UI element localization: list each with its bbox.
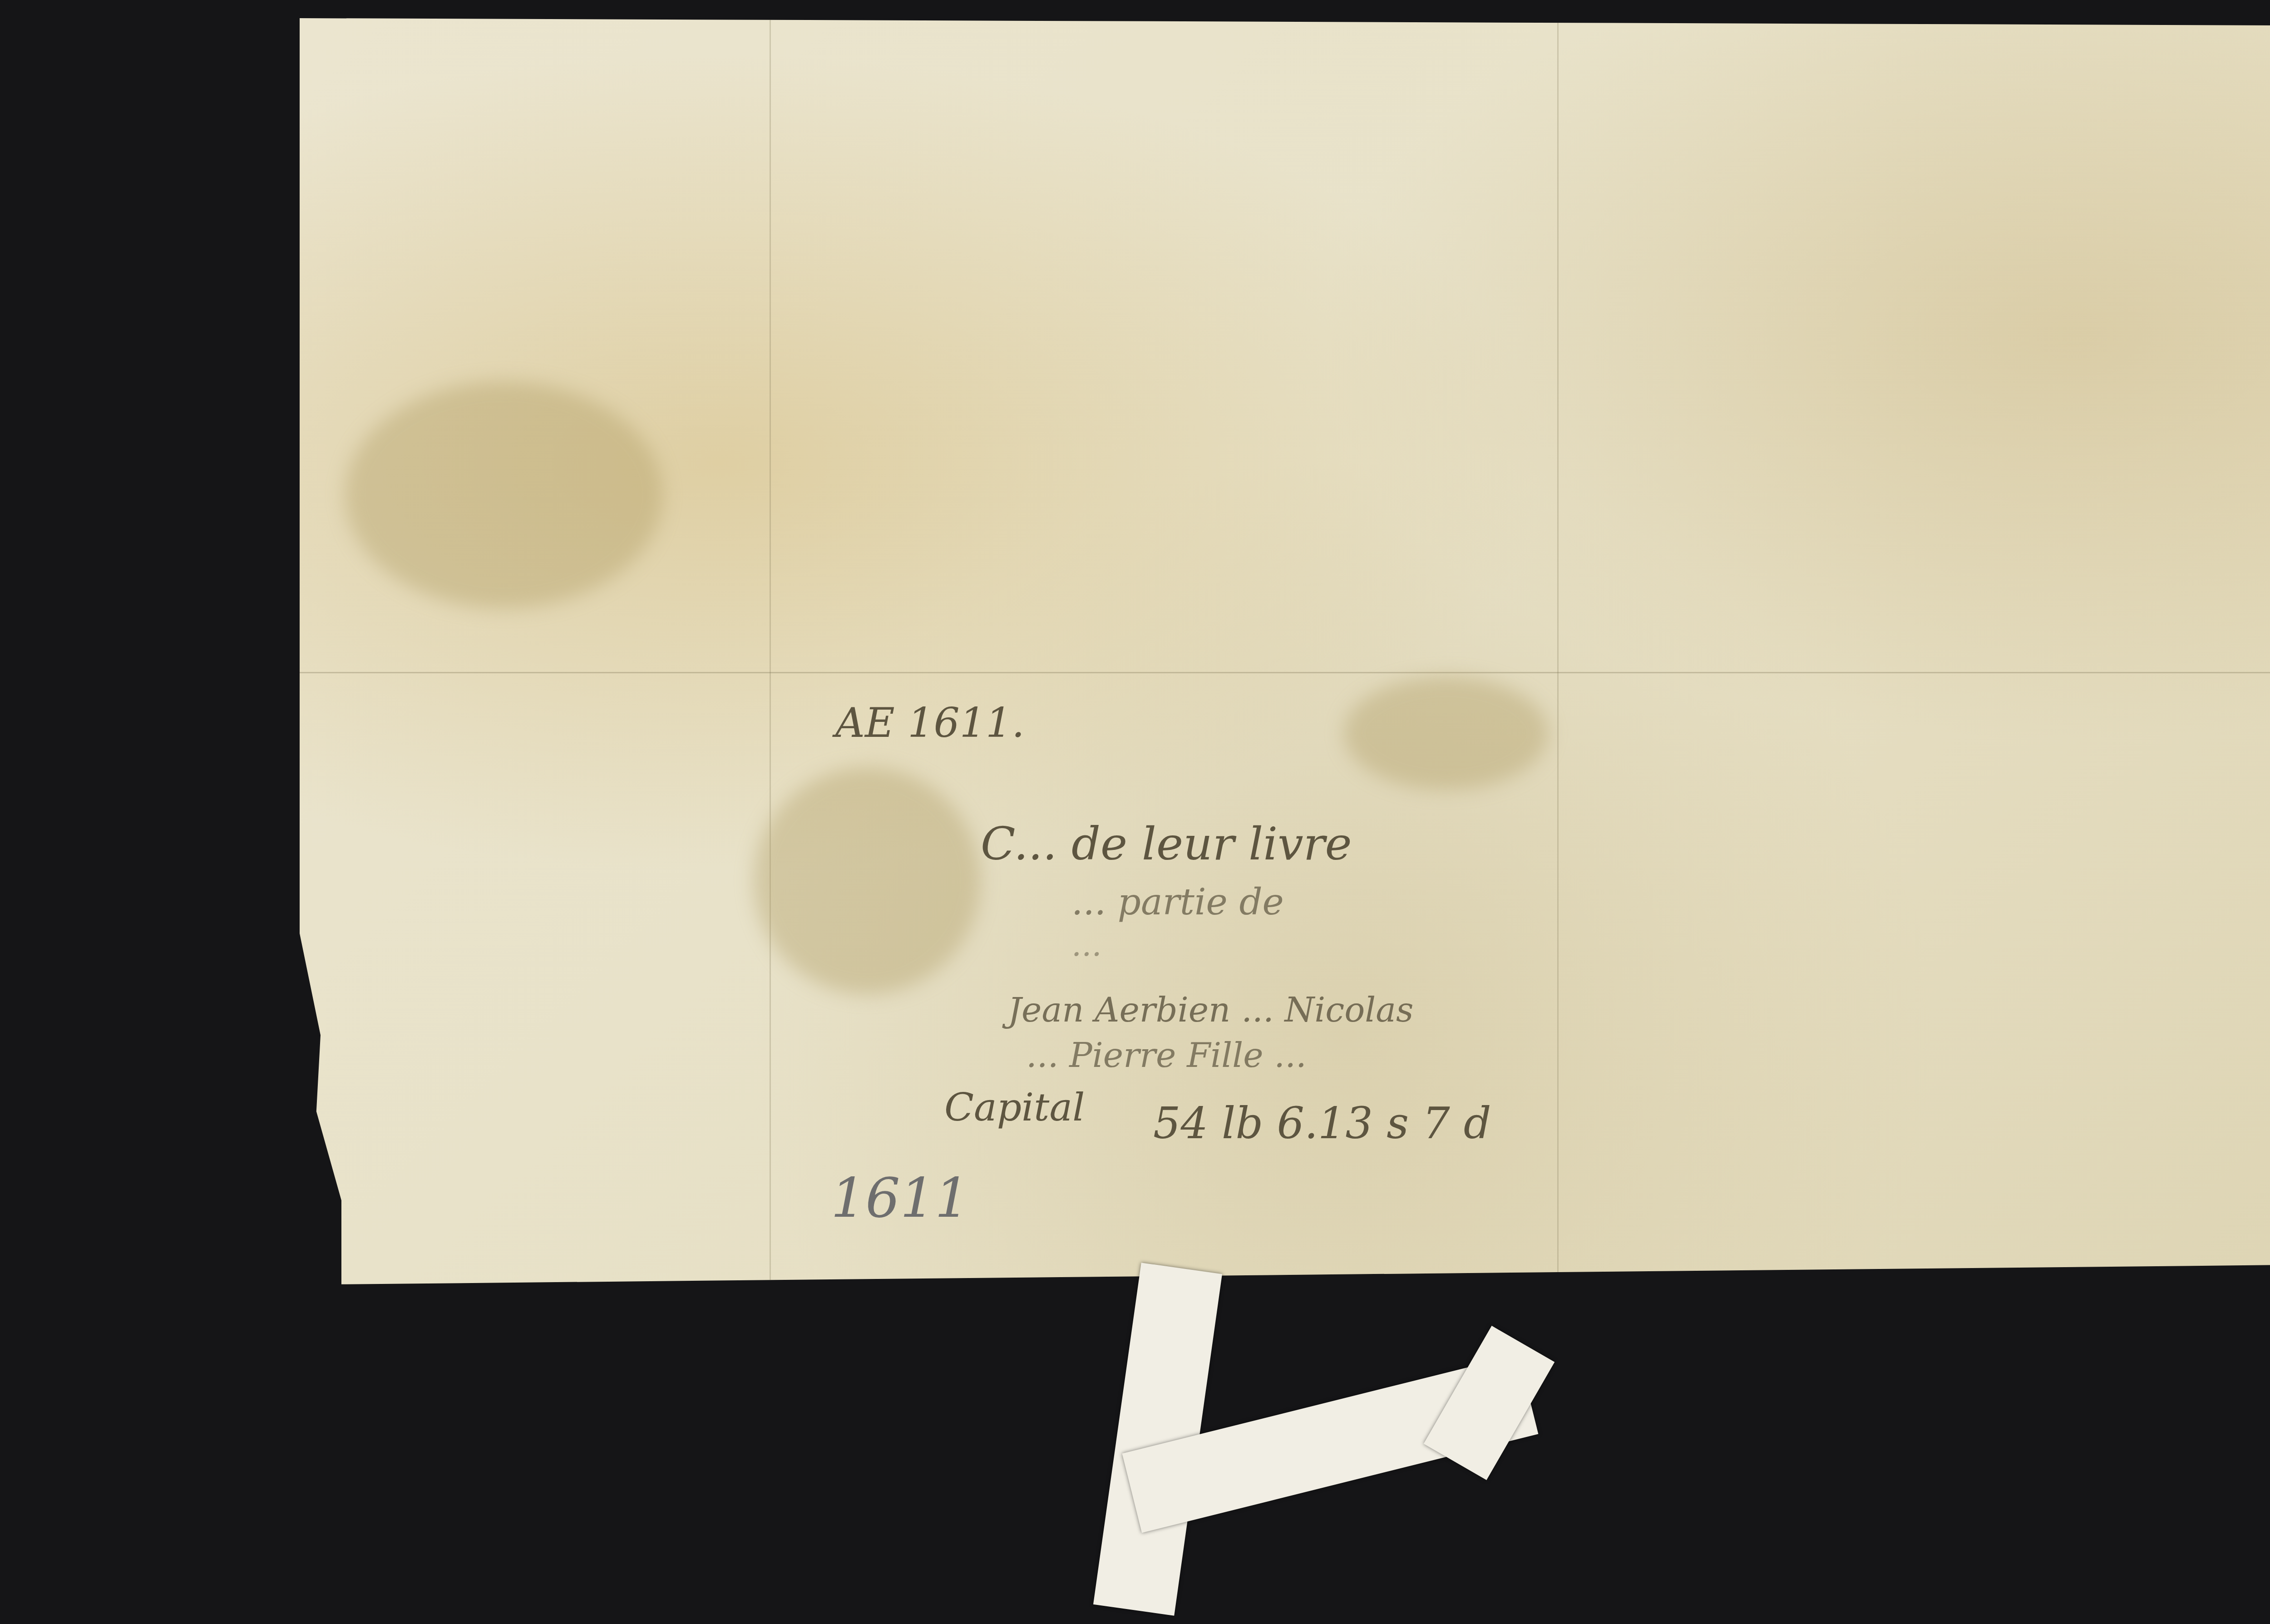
water-stain <box>345 381 663 608</box>
fold-line-vertical-right <box>1557 18 1559 1289</box>
pencil-year: 1611 <box>831 1167 969 1230</box>
endorsement-line-1: C... de leur livre <box>981 817 1352 870</box>
endorsement-line-3: ... <box>1071 926 1102 963</box>
water-stain <box>1344 676 1548 790</box>
top-note: AE 1611. <box>835 699 1025 747</box>
water-stain <box>754 767 981 994</box>
fold-line-vertical-left <box>770 18 771 1289</box>
endorsement-line-2: ... partie de <box>1071 881 1284 923</box>
names-line-1: Jean Aerbien ... Nicolas <box>1008 990 1414 1030</box>
capital-label: Capital <box>944 1085 1085 1130</box>
capital-amount: 54 lb 6.13 s 7 d <box>1153 1099 1491 1149</box>
parchment-document: AE 1611. C... de leur livre ... partie d… <box>300 18 2270 1289</box>
names-line-2: ... Pierre Fille ... <box>1026 1035 1307 1075</box>
fold-line-horizontal <box>300 672 2270 673</box>
